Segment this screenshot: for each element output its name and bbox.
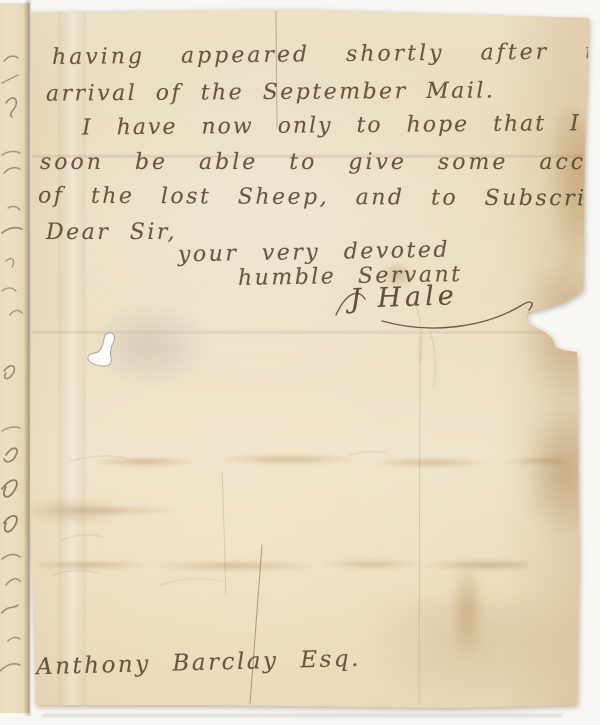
letter-page: having appeared shortly after the arriva…: [28, 9, 590, 709]
body-line-5: of the lost Sheep, and to Subscribe: [38, 183, 600, 211]
body-line-6: Dear Sir,: [46, 220, 177, 245]
fold-stain: [38, 557, 528, 573]
addressee-line: Anthony Barclay Esq.: [36, 646, 362, 680]
wax-seal-residue: [98, 303, 210, 387]
scan-shadow: [42, 714, 562, 717]
fold-stain: [88, 453, 563, 469]
signature: J Hale: [349, 280, 458, 315]
fold-stain: [30, 498, 125, 524]
letter-scan: having appeared shortly after the arriva…: [0, 0, 600, 725]
body-line-1: having appeared shortly after the: [52, 39, 600, 70]
seal-tear-stain: [521, 251, 596, 406]
fold-stain: [430, 543, 504, 691]
fold-stain: [34, 504, 224, 517]
edge-stain: [522, 401, 592, 541]
vertical-fold-band: [58, 9, 86, 709]
horizontal-fold-line: [30, 331, 578, 334]
paper-hole: [84, 330, 128, 374]
bottom-stain: [378, 598, 583, 703]
body-line-4: soon be able to give some account: [40, 150, 600, 175]
body-line-3: I have now only to hope that I may: [82, 110, 600, 140]
body-line-2: arrival of the September Mail.: [46, 78, 496, 106]
